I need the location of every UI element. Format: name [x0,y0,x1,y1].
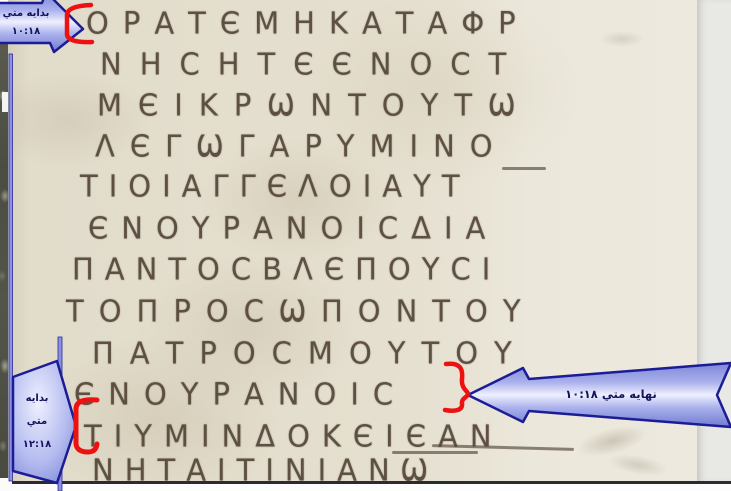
red-brace-end [445,364,468,411]
label-text: ١٠:١٨ [0,23,52,41]
label-text: بدايه متي [0,5,52,23]
callout-overlay [0,0,731,491]
top-left-arrow-label: بدايه متي ١٠:١٨ [0,5,52,41]
right-arrow-label: نهايه متي ١٠:١٨ [502,386,720,402]
red-bracket-bottom [76,400,97,452]
label-text: بدايه [15,387,59,410]
label-text: ١٢:١٨ [15,433,59,456]
bottom-left-arrow-label: بدايه متي ١٢:١٨ [15,387,59,456]
annotated-manuscript-image: ΟΡΑΤЄΜΗΚΑΤΑΦΡ ΝΗϹΗΤЄЄΝΟϹΤ ΜЄΙΚΡѠΝΤΟΥΤѠ Λ… [0,0,731,491]
label-text: متي [15,410,59,433]
